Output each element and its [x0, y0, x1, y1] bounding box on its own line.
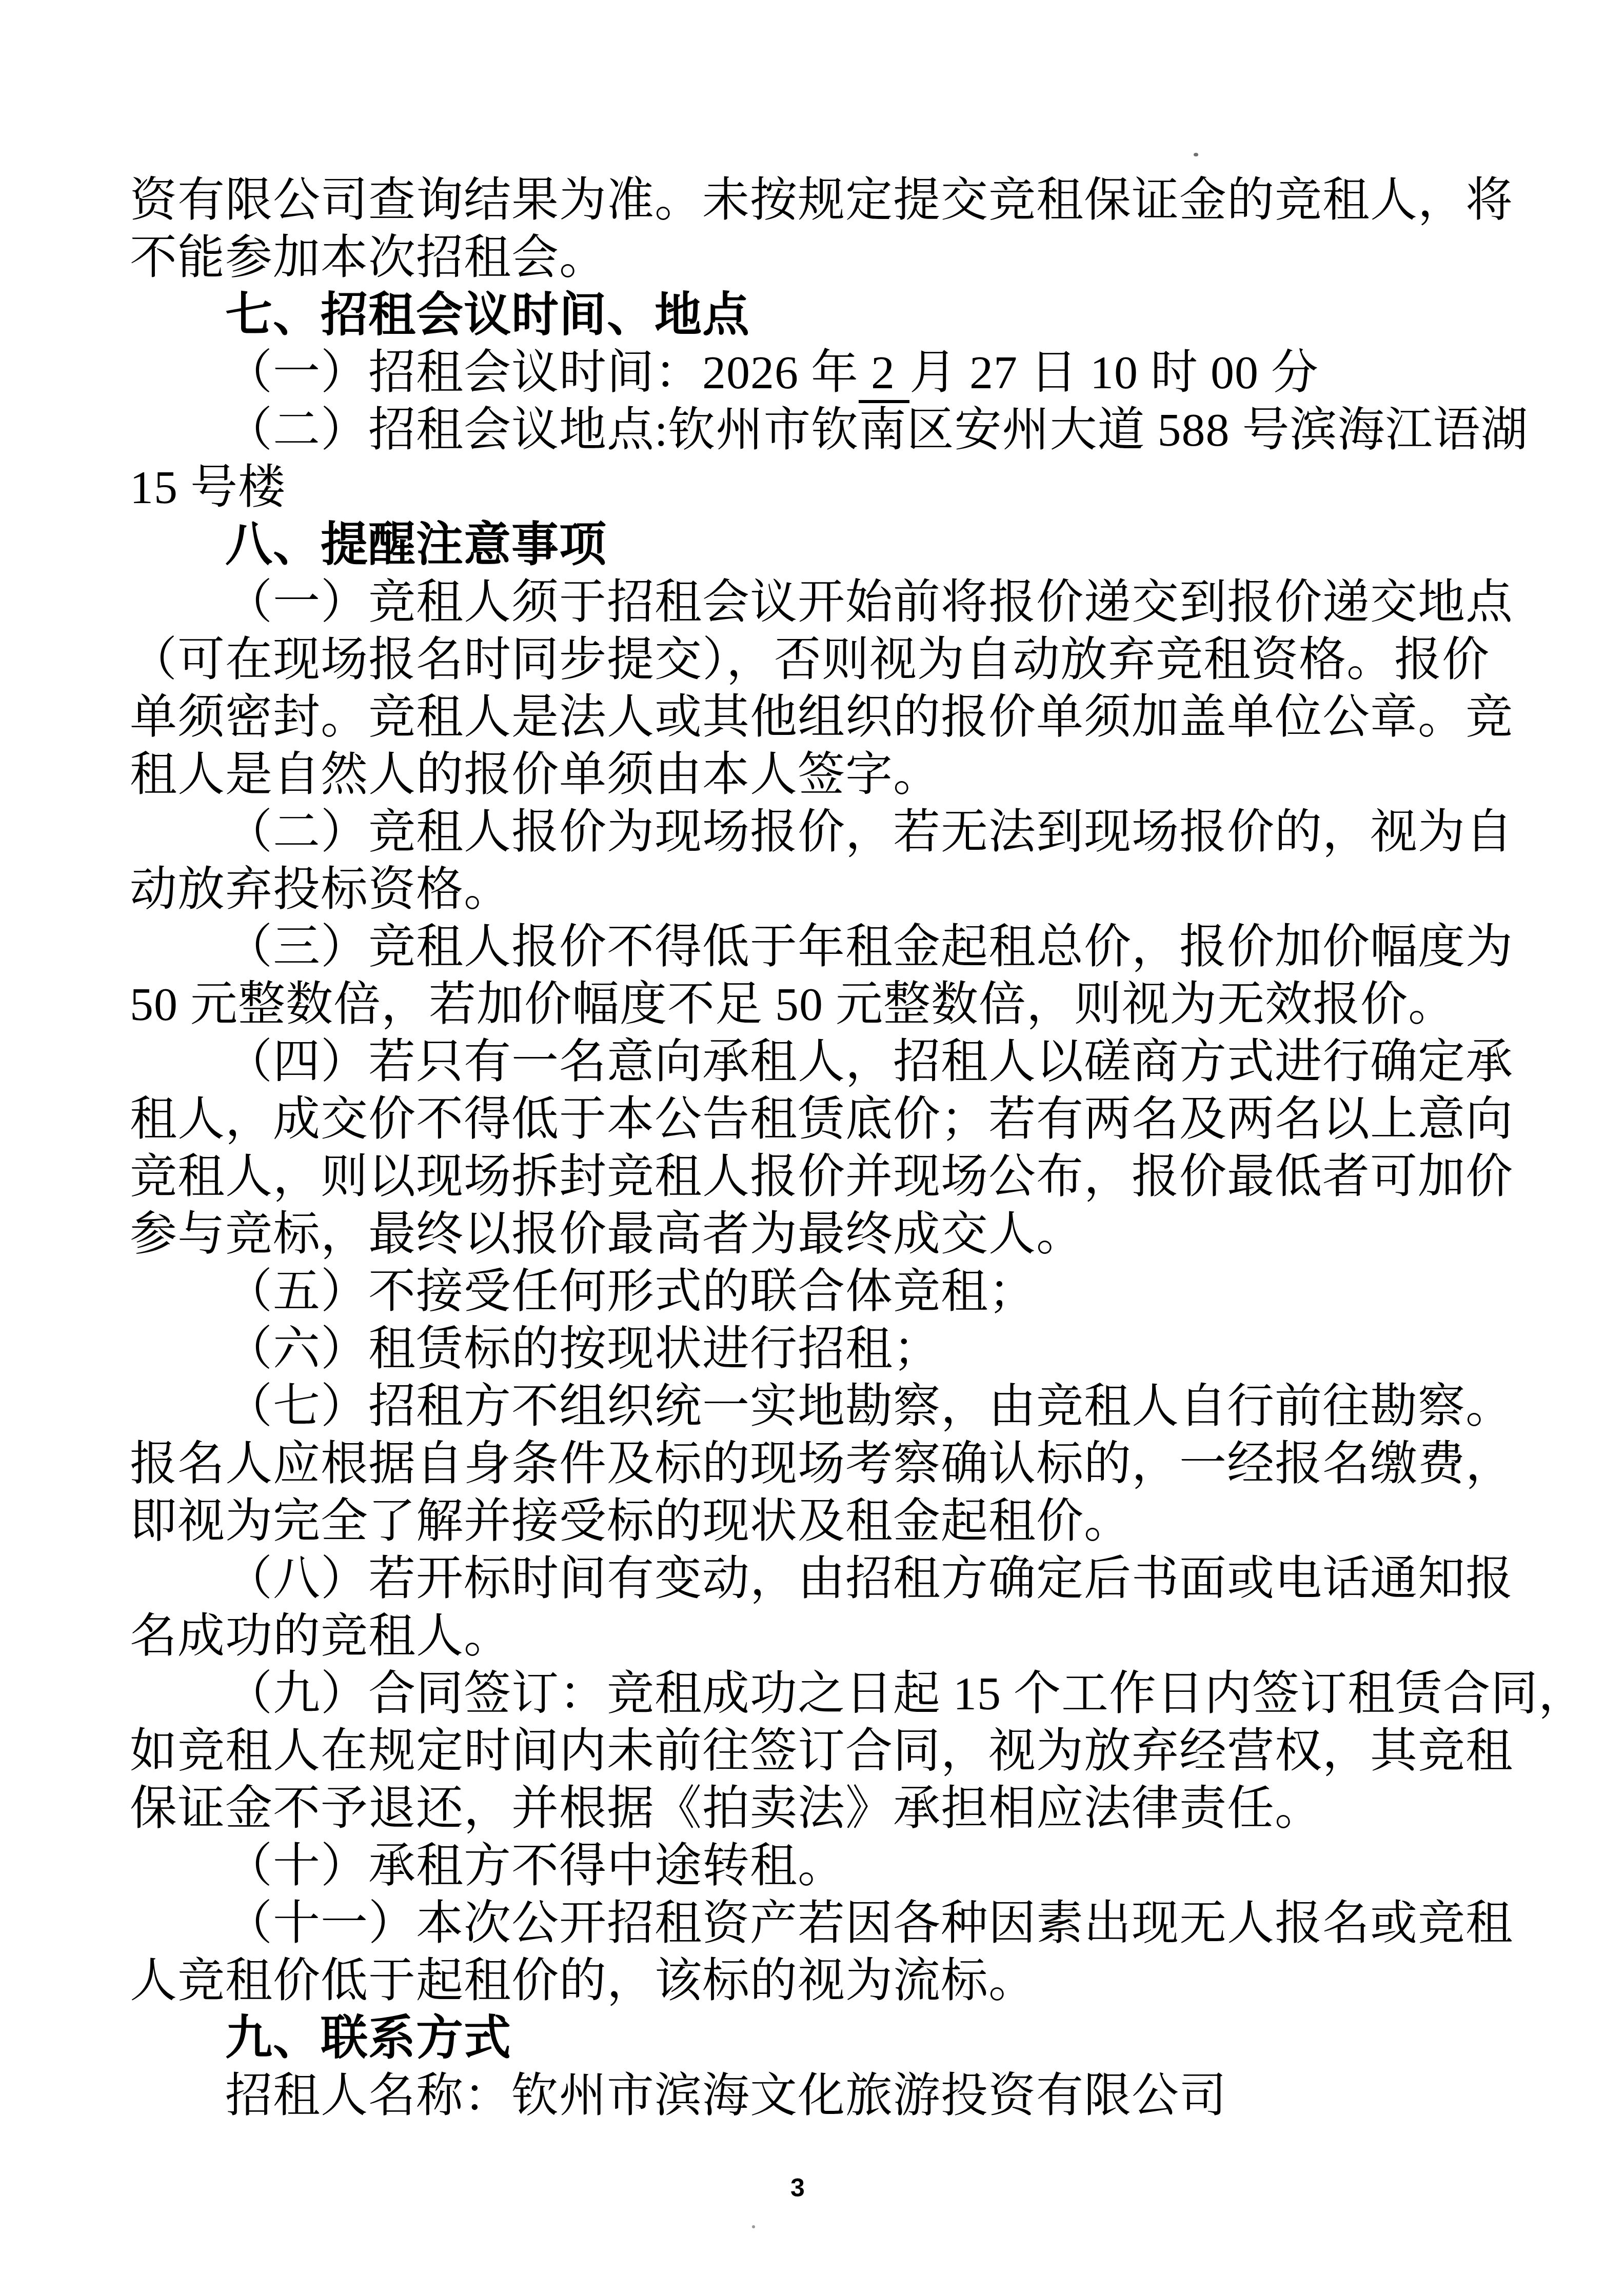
text-line: （九）合同签订：竞租成功之日起 15 个工作日内签订租赁合同，: [130, 1665, 1496, 1722]
text-segment: 九、联系方式: [225, 2012, 511, 2064]
text-line: （三）竞租人报价不得低于年租金起租总价，报价加价幅度为: [130, 918, 1496, 975]
text-segment: 保证金不予退还，并根据《拍卖法》承担相应法律责任。: [130, 1782, 1322, 1834]
section-heading: 七、招租会议时间、地点: [130, 286, 1496, 344]
text-line: 动放弃投标资格。: [130, 861, 1496, 918]
text-line: 竞租人，则以现场拆封竞租人报价并现场公布，报价最低者可加价: [130, 1148, 1496, 1205]
text-line: 名成功的竞租人。: [130, 1607, 1496, 1665]
page-number: 3: [0, 2173, 1595, 2202]
text-line: （十一）本次公开招租资产若因各种因素出现无人报名或竞租: [130, 1894, 1496, 1952]
text-line: （八）若开标时间有变动，由招租方确定后书面或电话通知报: [130, 1550, 1496, 1607]
text-segment: （一）竞租人须于招租会议开始前将报价递交到报价递交地点: [225, 576, 1513, 628]
underlined-text: 2: [859, 346, 909, 403]
text-segment: 单须密封。竞租人是法人或其他组织的报价单须加盖单位公章。竞: [130, 691, 1513, 743]
text-segment: 七、招租会议时间、地点: [225, 289, 750, 341]
text-line: （七）招租方不组织统一实地勘察，由竞租人自行前往勘察。: [130, 1377, 1496, 1435]
text-line: 如竞租人在规定时间内未前往签订合同，视为放弃经营权，其竞租: [130, 1722, 1496, 1780]
text-line: （可在现场报名时同步提交），否则视为自动放弃竞租资格。报价: [130, 631, 1496, 688]
scan-speck: [752, 2225, 755, 2228]
text-segment: （七）招租方不组织统一实地勘察，由竞租人自行前往勘察。: [225, 1380, 1513, 1432]
text-line: （六）租赁标的按现状进行招租；: [130, 1320, 1496, 1377]
text-line: （一）竞租人须于招租会议开始前将报价递交到报价递交地点: [130, 573, 1496, 631]
text-line: 参与竞标，最终以报价最高者为最终成交人。: [130, 1205, 1496, 1263]
text-segment: 不能参加本次招租会。: [130, 231, 607, 284]
text-line: 租人是自然人的报价单须由本人签字。: [130, 746, 1496, 803]
text-line: 租人，成交价不得低于本公告租赁底价；若有两名及两名以上意向: [130, 1090, 1496, 1148]
text-segment: （十）承租方不得中途转租。: [225, 1840, 845, 1892]
text-segment: 资有限公司查询结果为准。未按规定提交竞租保证金的竞租人，将: [130, 174, 1513, 226]
text-segment: （三）竞租人报价不得低于年租金起租总价，报价加价幅度为: [225, 921, 1513, 973]
scan-speck: [1194, 153, 1198, 156]
text-segment: （二）招租会议地点:钦州市钦南区安州大道 588 号滨海江语湖: [225, 404, 1529, 456]
text-segment: （六）租赁标的按现状进行招租；: [225, 1323, 941, 1375]
text-segment: 八、提醒注意事项: [225, 518, 607, 571]
text-line: 不能参加本次招租会。: [130, 229, 1496, 286]
text-line: 报名人应根据自身条件及标的现场考察确认标的，一经报名缴费，: [130, 1435, 1496, 1492]
text-segment: 动放弃投标资格。: [130, 863, 511, 915]
text-line: 资有限公司查询结果为准。未按规定提交竞租保证金的竞租人，将: [130, 171, 1496, 229]
text-line: 保证金不予退还，并根据《拍卖法》承担相应法律责任。: [130, 1780, 1496, 1837]
text-block: 资有限公司查询结果为准。未按规定提交竞租保证金的竞租人，将不能参加本次招租会。七…: [130, 171, 1496, 2124]
document-page: 资有限公司查询结果为准。未按规定提交竞租保证金的竞租人，将不能参加本次招租会。七…: [0, 0, 1624, 2296]
text-line: （十）承租方不得中途转租。: [130, 1837, 1496, 1894]
text-segment: 招租人名称：钦州市滨海文化旅游投资有限公司: [225, 2069, 1227, 2122]
text-segment: 50 元整数倍，若加价幅度不足 50 元整数倍，则视为无效报价。: [130, 978, 1456, 1030]
text-segment: （五）不接受任何形式的联合体竞租；: [225, 1265, 1036, 1317]
text-line: （四）若只有一名意向承租人，招租人以磋商方式进行确定承: [130, 1033, 1496, 1090]
text-segment: （一）招租会议时间：2026 年: [225, 346, 859, 398]
text-segment: 如竞租人在规定时间内未前往签订合同，视为放弃经营权，其竞租: [130, 1725, 1513, 1777]
section-heading: 九、联系方式: [130, 2009, 1496, 2067]
text-segment: 15 号楼: [130, 461, 286, 513]
text-segment: 参与竞标，最终以报价最高者为最终成交人。: [130, 1208, 1084, 1260]
text-segment: （二）竞租人报价为现场报价，若无法到现场报价的，视为自: [225, 806, 1513, 858]
section-heading: 八、提醒注意事项: [130, 516, 1496, 573]
text-segment: 租人是自然人的报价单须由本人签字。: [130, 748, 941, 801]
text-segment: 竞租人，则以现场拆封竞租人报价并现场公布，报价最低者可加价: [130, 1150, 1513, 1203]
text-line: （二）竞租人报价为现场报价，若无法到现场报价的，视为自: [130, 803, 1496, 861]
text-segment: 人竞租价低于起租价的，该标的视为流标。: [130, 1954, 1036, 2007]
text-segment: 月 27 日 10 时 00 分: [909, 346, 1319, 398]
text-line: （二）招租会议地点:钦州市钦南区安州大道 588 号滨海江语湖: [130, 401, 1496, 458]
text-line: 招租人名称：钦州市滨海文化旅游投资有限公司: [130, 2067, 1496, 2124]
text-segment: （可在现场报名时同步提交），否则视为自动放弃竞租资格。报价: [130, 633, 1490, 686]
text-segment: 租人，成交价不得低于本公告租赁底价；若有两名及两名以上意向: [130, 1093, 1513, 1145]
text-line: （五）不接受任何形式的联合体竞租；: [130, 1263, 1496, 1320]
text-line: 15 号楼: [130, 458, 1496, 516]
text-segment: 名成功的竞租人。: [130, 1610, 511, 1662]
text-line: 50 元整数倍，若加价幅度不足 50 元整数倍，则视为无效报价。: [130, 975, 1496, 1033]
text-line: 人竞租价低于起租价的，该标的视为流标。: [130, 1952, 1496, 2009]
text-segment: 即视为完全了解并接受标的现状及租金起租价。: [130, 1495, 1132, 1547]
text-line: （一）招租会议时间：2026 年 2 月 27 日 10 时 00 分: [130, 344, 1496, 401]
text-segment: （九）合同签订：竞租成功之日起 15 个工作日内签订租赁合同，: [225, 1667, 1586, 1720]
text-segment: 报名人应根据自身条件及标的现场考察确认标的，一经报名缴费，: [130, 1438, 1513, 1490]
text-segment: （十一）本次公开招租资产若因各种因素出现无人报名或竞租: [225, 1897, 1513, 1949]
text-segment: （四）若只有一名意向承租人，招租人以磋商方式进行确定承: [225, 1035, 1513, 1088]
text-line: 即视为完全了解并接受标的现状及租金起租价。: [130, 1492, 1496, 1550]
text-line: 单须密封。竞租人是法人或其他组织的报价单须加盖单位公章。竞: [130, 688, 1496, 746]
text-segment: （八）若开标时间有变动，由招租方确定后书面或电话通知报: [225, 1552, 1513, 1605]
